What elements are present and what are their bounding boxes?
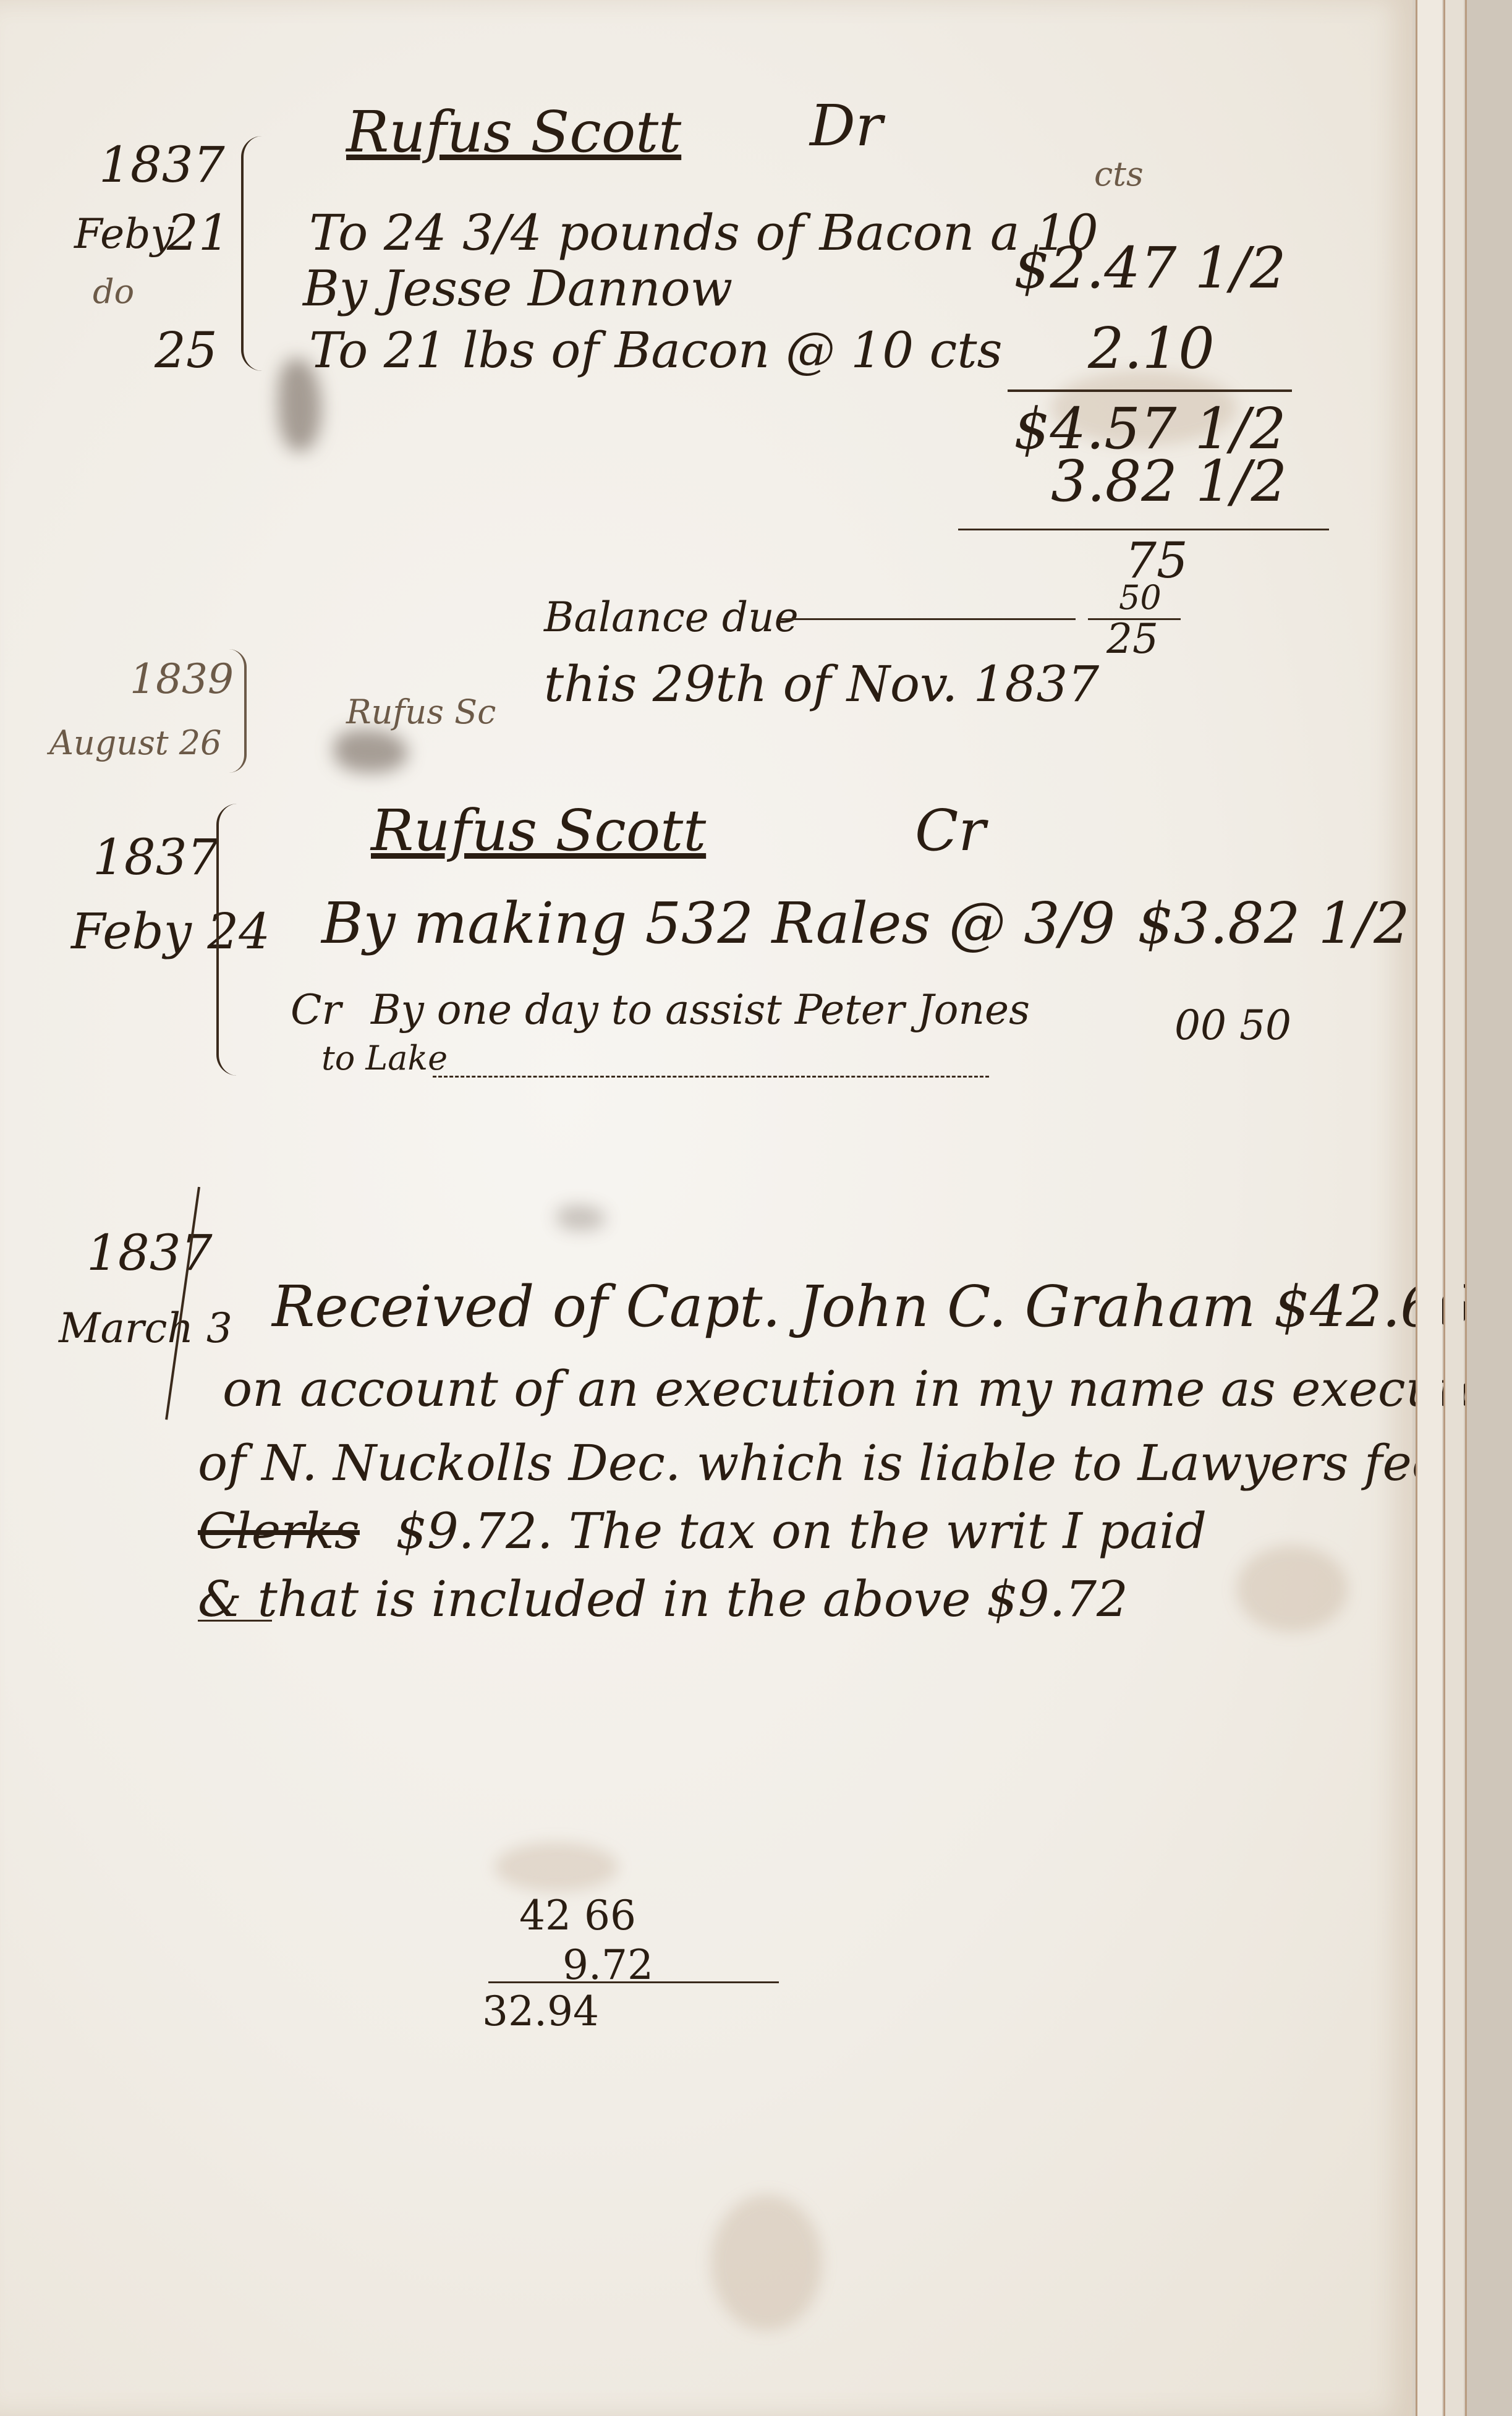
entry3-line5: & that is included in the above $9.72 <box>198 1570 1128 1628</box>
ledger-page: 1837 Feby 21 do 25 Rufus Scott Dr cts To… <box>0 0 1412 2416</box>
entry1-row1-text: To 24 3/4 pounds of Bacon a 10 <box>309 204 1098 262</box>
book-cover-edge <box>1465 0 1512 2416</box>
entry2-row1-amount: $3.82 1/2 <box>1137 890 1410 956</box>
entry2-row2-text: By one day to assist Peter Jones <box>371 986 1030 1034</box>
calc-rule <box>488 1981 779 1983</box>
entry2-row1-text: By making 532 Rales @ 3/9 <box>321 890 1115 956</box>
note-1839-text: Rufus Sc <box>346 692 496 731</box>
note-1839-date: August 26 <box>49 723 221 762</box>
entry3-date: March 3 <box>59 1304 232 1352</box>
entry1-remainder: 25 <box>1106 615 1158 663</box>
entry1-row3-day: 25 <box>155 321 218 379</box>
entry3-line3: of N. Nuckolls Dec. which is liable to L… <box>198 1434 1441 1492</box>
entry3-line1: Received of Capt. John C. Graham $42.66, <box>272 1274 1491 1340</box>
entry2-side-cr: Cr <box>915 798 985 864</box>
entry1-row1-day: 21 <box>167 204 230 262</box>
entry1-ditto: do <box>93 272 134 311</box>
entry1-row1-amount: $2.47 1/2 <box>1014 235 1286 301</box>
paper-stain <box>495 1842 618 1892</box>
entry2-date: Feby 24 <box>71 903 270 960</box>
note-1839-brace <box>229 649 247 773</box>
entry1-total-rule <box>1008 389 1292 392</box>
entry3-line4: $9.72. The tax on the writ I paid <box>396 1502 1207 1560</box>
calc-minuend: 42 66 <box>519 1892 636 1939</box>
balance-line2: this 29th of Nov. 1837 <box>544 655 1099 713</box>
entry1-row2-text: By Jesse Dannow <box>303 260 733 317</box>
entry2-row2-prefix: Cr <box>291 986 341 1034</box>
entry1-brace <box>241 136 262 371</box>
entry3-line2: on account of an execution in my name as… <box>223 1360 1511 1418</box>
paper-stain <box>1236 1546 1348 1632</box>
page-edge <box>1443 0 1464 2416</box>
balance-line1: Balance due <box>544 593 799 641</box>
calc-result: 32.94 <box>482 1988 599 2035</box>
entry1-cts-header: cts <box>1094 155 1144 194</box>
entry1-row3-amount: 2.10 <box>1088 315 1215 381</box>
entry3-mark <box>198 1620 272 1622</box>
entry2-brace <box>216 804 237 1076</box>
entry1-diff-rule <box>958 529 1329 530</box>
note-1839-year: 1839 <box>130 655 234 703</box>
entry1-year: 1837 <box>99 136 225 194</box>
entry1-month: Feby <box>74 210 174 258</box>
entry2-row3-text: to Lake <box>321 1039 448 1078</box>
paper-stain <box>711 2195 822 2331</box>
entry3-struck-word: Clerks <box>198 1502 360 1560</box>
entry2-year: 1837 <box>93 828 219 886</box>
entry1-row3-text: To 21 lbs of Bacon @ 10 cts <box>309 321 1003 379</box>
entry3-divider <box>165 1187 200 1420</box>
entry2-fill-rule <box>433 1076 989 1078</box>
ink-smudge <box>334 729 408 773</box>
entry1-less: 3.82 1/2 <box>1051 448 1287 514</box>
entry1-side-dr: Dr <box>810 93 883 159</box>
entry1-title: Rufus Scott <box>346 99 681 165</box>
entry2-title: Rufus Scott <box>371 798 706 864</box>
entry2-row2-amount: 00 50 <box>1174 1002 1291 1049</box>
ink-smudge <box>556 1206 606 1230</box>
page-edge <box>1416 0 1442 2416</box>
balance-rule <box>779 618 1076 620</box>
entry1-less2: 50 <box>1119 578 1162 617</box>
